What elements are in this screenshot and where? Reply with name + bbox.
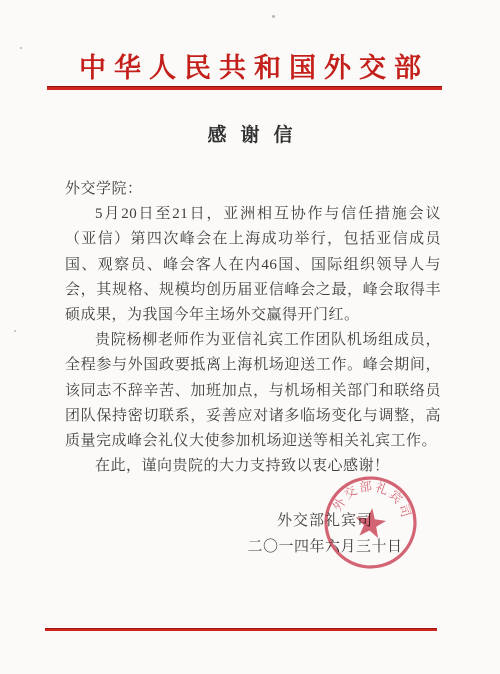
letterhead-divider bbox=[47, 86, 442, 90]
footer-divider bbox=[45, 628, 437, 631]
ministry-letterhead-title: 中华人民共和国外交部 bbox=[0, 46, 500, 85]
official-seal: 外交部礼宾司 bbox=[319, 471, 423, 575]
body-paragraph-1: 5月20日至21日，亚洲相互协作与信任措施会议（亚信）第四次峰会在上海成功举行，… bbox=[65, 202, 441, 328]
body-paragraph-3: 在此，谨向贵院的大力支持致以衷心感谢！ bbox=[65, 454, 441, 479]
scan-speck bbox=[272, 15, 275, 18]
salutation: 外交学院： bbox=[65, 177, 441, 202]
body-paragraph-2: 贵院杨柳老师作为亚信礼宾工作团队机场组成员，全程参与外国政要抵离上海机场迎送工作… bbox=[65, 328, 441, 454]
letter-body: 外交学院： 5月20日至21日，亚洲相互协作与信任措施会议（亚信）第四次峰会在上… bbox=[65, 177, 441, 479]
letter-page: 中华人民共和国外交部 感谢信 外交学院： 5月20日至21日，亚洲相互协作与信任… bbox=[0, 0, 500, 674]
scan-speck bbox=[14, 330, 16, 332]
seal-star-icon bbox=[354, 506, 388, 538]
letter-title: 感谢信 bbox=[0, 120, 500, 147]
scan-speck bbox=[20, 47, 22, 49]
